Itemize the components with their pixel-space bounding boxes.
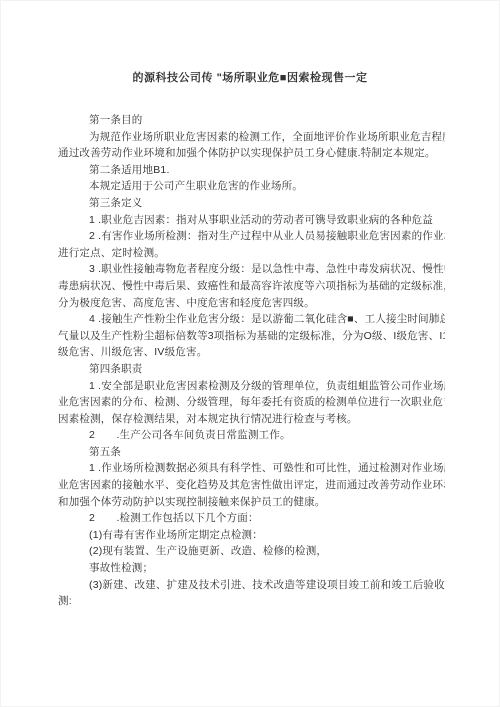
document-page: 的源科技公司传 "场所职业危■因索检现售一定 第一条目的 为规范作业场所职业危害… — [0, 0, 500, 707]
section-heading: 第四条职责 — [58, 361, 445, 378]
list-item: 2 .生产公司各车间负责日常监测工作。 — [58, 427, 445, 444]
section-heading: 第二条适用地B1. — [58, 162, 445, 179]
text-line: 毒患病状况、慢性中毒后果、致癌性和最高容许浓度等六项指标为基础的定级标准， — [58, 278, 445, 295]
text-line: 事故性检测； — [58, 560, 445, 577]
text-line: 业危害因素的接触水平、变化趋势及其危害性做出评定，进而通过改善劳动作业环境 — [58, 477, 445, 494]
text-line: 分为极度危害、高度危害、中度危害和轻度危害四级。 — [58, 295, 445, 312]
list-item: 2 .有害作业场所检测：指对生产过程中从业人员易接触职业危害因素的作业场所 — [58, 228, 445, 245]
text-line: 进行定点、定时检测。 — [58, 245, 445, 262]
list-item: (2)现有装置、生产设施更新、改造、检修的检测， — [58, 543, 445, 560]
text-line: 气量以及生产性粉尘超标倍数等3项指标为基础的定级标准，分为O级、I级危害、I1. — [58, 328, 445, 345]
list-item: 1 .职业危吉因素：指对从事职业活动的劳动者可镌导致职业病的各种危益 — [58, 212, 445, 229]
text-line: 通过改善劳动作业环境和加强个体防护以实现保护员工身心健康.特制定本规定。 — [58, 145, 445, 162]
text-line: 级危害、川级危害、IV级危害。 — [58, 344, 445, 361]
list-item: 1 .安全部是职业危害因素检测及分级的管理单位，负责组蛆监管公司作业场所职 — [58, 378, 445, 395]
document-body: 第一条目的 为规范作业场所职业危害因素的检测工作，全面地评价作业场所职业危吉程度… — [1, 112, 499, 610]
text-line: 为规范作业场所职业危害因素的检测工作，全面地评价作业场所职业危吉程度，并 — [58, 129, 445, 146]
text-line: 本规定适用于公司产生职业危害的作业场所。 — [58, 178, 445, 195]
text-line: 测: — [58, 593, 445, 610]
list-item: 3 .职业性接触毒物危者程度分级：是以急性中毒、急性中毒发病状况、慢性中 — [58, 261, 445, 278]
text-line: 和加强个体劳动防护以实现控制接触来保护员工的健康。 — [58, 494, 445, 511]
list-item: (3)新建、改建、扩建及技术引进、技术改造等建设项目竣工前和竣工后验收的检 — [58, 577, 445, 594]
text-line: 业危害因素的分布、检测、分级管理，每年委托有资质的检测单位进行一次职业危吉 — [58, 394, 445, 411]
section-heading: 第五条 — [58, 444, 445, 461]
section-heading: 第一条目的 — [58, 112, 445, 129]
list-item: 1 .作业场所检测数据必须具有科学性、可塾性和可比性，通过检测对作业场所职 — [58, 460, 445, 477]
section-heading: 第三条定义 — [58, 195, 445, 212]
list-item: 4 .接触生产性粉尘作业危害分级：是以游葡二氧化硅含■、工人接尘时间肺总通 — [58, 311, 445, 328]
list-item: (1)有毒有害作业场所定期定点检测： — [58, 527, 445, 544]
list-item: 2 .检测工作包括以下几个方面： — [58, 510, 445, 527]
text-line: 因素检测，保存检测结果，对本规定执行情况进行检查与考核。 — [58, 411, 445, 428]
document-title: 的源科技公司传 "场所职业危■因索检现售一定 — [1, 71, 499, 86]
